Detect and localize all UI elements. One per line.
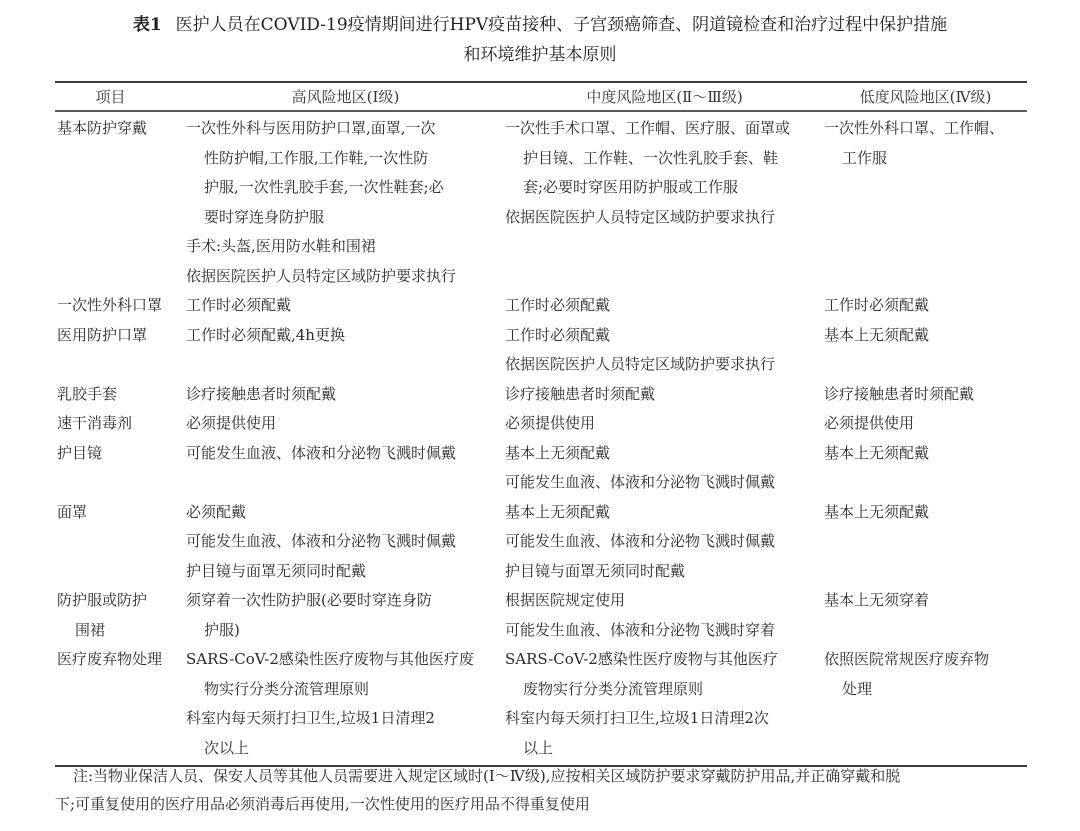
cell-line: 速干消毒剂 [57,409,186,439]
cell-line: 护目镜与面罩无须同时配戴 [186,557,505,587]
cell-line: 基本上无须配戴 [505,439,824,469]
cell-line: 工作时必须配戴,4h更换 [186,321,505,351]
cell-line: 防护服或防护 [57,586,186,616]
cell-line: 可能发生血液、体液和分泌物飞溅时佩戴 [505,468,824,498]
cell-line: 处理 [824,675,1027,705]
header-high-risk: 高风险地区(Ⅰ级) [186,86,505,107]
cell-line: 物实行分类分流管理原则 [186,675,505,705]
cell-line: 基本防护穿戴 [57,114,186,144]
cell-line: 须穿着一次性防护服(必要时穿连身防 [186,586,505,616]
cell-line: 护目镜、工作鞋、一次性乳胶手套、鞋 [505,144,824,174]
cell-line: 乳胶手套 [57,380,186,410]
table-row: 一次性外科口罩工作时必须配戴工作时必须配戴工作时必须配戴 [55,291,1027,321]
high-risk-cell: 诊疗接触患者时须配戴 [186,380,505,410]
cell-line: 必须提供使用 [505,409,824,439]
item-cell: 乳胶手套 [55,380,186,410]
cell-line: 一次性手术口罩、工作帽、医疗服、面罩或 [505,114,824,144]
high-risk-cell: 必须提供使用 [186,409,505,439]
cell-line: 护目镜 [57,439,186,469]
cell-line: 一次性外科与医用防护口罩,面罩,一次 [186,114,505,144]
cell-line: 手术:头盔,医用防水鞋和围裙 [186,232,505,262]
cell-line: 护服,一次性乳胶手套,一次性鞋套;必 [186,173,505,203]
low-risk-cell: 依照医院常规医疗废弃物处理 [824,645,1027,763]
cell-line: 套;必要时穿医用防护服或工作服 [505,173,824,203]
cell-line: 基本上无须配戴 [824,498,1027,528]
cell-line: 工作服 [824,144,1027,174]
cell-line: 工作时必须配戴 [186,291,505,321]
low-risk-cell: 诊疗接触患者时须配戴 [824,380,1027,410]
table-row: 基本防护穿戴一次性外科与医用防护口罩,面罩,一次性防护帽,工作服,工作鞋,一次性… [55,114,1027,291]
table-note: 注:当物业保洁人员、保安人员等其他人员需要进入规定区域时(Ⅰ～Ⅳ级),应按相关区… [55,762,1030,818]
cell-line: 依据医院医护人员特定区域防护要求执行 [186,262,505,292]
table-header-row: 项目 高风险地区(Ⅰ级) 中度风险地区(Ⅱ～Ⅲ级) 低度风险地区(Ⅳ级) [55,83,1027,112]
note-line-2: 下;可重复使用的医疗用品必须消毒后再使用,一次性使用的医疗用品不得重复使用 [55,795,590,813]
high-risk-cell: 工作时必须配戴,4h更换 [186,321,505,380]
cell-line: 工作时必须配戴 [505,291,824,321]
cell-line: 依据医院医护人员特定区域防护要求执行 [505,203,824,233]
item-cell: 防护服或防护围裙 [55,586,186,645]
low-risk-cell: 必须提供使用 [824,409,1027,439]
medium-risk-cell: 基本上无须配戴可能发生血液、体液和分泌物飞溅时佩戴 [505,439,824,498]
cell-line: 根据医院规定使用 [505,586,824,616]
cell-line: 诊疗接触患者时须配戴 [186,380,505,410]
cell-line: 基本上无须配戴 [824,439,1027,469]
high-risk-cell: 必须配戴可能发生血液、体液和分泌物飞溅时佩戴护目镜与面罩无须同时配戴 [186,498,505,587]
cell-line: 基本上无须穿着 [824,586,1027,616]
item-cell: 基本防护穿戴 [55,114,186,291]
high-risk-cell: SARS-CoV-2感染性医疗废物与其他医疗废物实行分类分流管理原则科室内每天须… [186,645,505,763]
medium-risk-cell: 基本上无须配戴可能发生血液、体液和分泌物飞溅时佩戴护目镜与面罩无须同时配戴 [505,498,824,587]
item-cell: 速干消毒剂 [55,409,186,439]
cell-line: 可能发生血液、体液和分泌物飞溅时佩戴 [186,527,505,557]
header-medium-risk: 中度风险地区(Ⅱ～Ⅲ级) [505,86,824,107]
medium-risk-cell: 诊疗接触患者时须配戴 [505,380,824,410]
table-row: 防护服或防护围裙须穿着一次性防护服(必要时穿连身防护服)根据医院规定使用可能发生… [55,586,1027,645]
cell-line: 废物实行分类分流管理原则 [505,675,824,705]
cell-line: 一次性外科口罩 [57,291,186,321]
cell-line: 科室内每天须打扫卫生,垃圾1日清理2 [186,704,505,734]
cell-line: 医疗废弃物处理 [57,645,186,675]
cell-line: 工作时必须配戴 [824,291,1027,321]
cell-line: 基本上无须配戴 [824,321,1027,351]
item-cell: 医疗废弃物处理 [55,645,186,763]
cell-line: 必须提供使用 [824,409,1027,439]
cell-line: 诊疗接触患者时须配戴 [505,380,824,410]
cell-line: 护服) [186,616,505,646]
item-cell: 面罩 [55,498,186,587]
cell-line: SARS-CoV-2感染性医疗废物与其他医疗废 [186,645,505,675]
caption-line-1: 表1医护人员在COVID-19疫情期间进行HPV疫苗接种、子宫颈癌筛查、阴道镜检… [0,10,1080,40]
high-risk-cell: 工作时必须配戴 [186,291,505,321]
medium-risk-cell: 必须提供使用 [505,409,824,439]
table-row: 护目镜可能发生血液、体液和分泌物飞溅时佩戴基本上无须配戴可能发生血液、体液和分泌… [55,439,1027,498]
table-row: 医疗废弃物处理SARS-CoV-2感染性医疗废物与其他医疗废物实行分类分流管理原… [55,645,1027,763]
note-line-1: 注:当物业保洁人员、保安人员等其他人员需要进入规定区域时(Ⅰ～Ⅳ级),应按相关区… [55,762,1030,790]
item-cell: 一次性外科口罩 [55,291,186,321]
high-risk-cell: 一次性外科与医用防护口罩,面罩,一次性防护帽,工作服,工作鞋,一次性防护服,一次… [186,114,505,291]
low-risk-cell: 基本上无须配戴 [824,439,1027,498]
medium-risk-cell: 一次性手术口罩、工作帽、医疗服、面罩或护目镜、工作鞋、一次性乳胶手套、鞋套;必要… [505,114,824,291]
cell-line: 必须提供使用 [186,409,505,439]
table-row: 面罩必须配戴可能发生血液、体液和分泌物飞溅时佩戴护目镜与面罩无须同时配戴基本上无… [55,498,1027,587]
cell-line: 一次性外科口罩、工作帽、 [824,114,1027,144]
cell-line: 工作时必须配戴 [505,321,824,351]
cell-line: 诊疗接触患者时须配戴 [824,380,1027,410]
cell-line: 性防护帽,工作服,工作鞋,一次性防 [186,144,505,174]
cell-line: 可能发生血液、体液和分泌物飞溅时佩戴 [186,439,505,469]
low-risk-cell: 基本上无须穿着 [824,586,1027,645]
table-label: 表1 [133,15,162,35]
medium-risk-cell: SARS-CoV-2感染性医疗废物与其他医疗废物实行分类分流管理原则科室内每天须… [505,645,824,763]
cell-line: 科室内每天须打扫卫生,垃圾1日清理2次 [505,704,824,734]
high-risk-cell: 可能发生血液、体液和分泌物飞溅时佩戴 [186,439,505,498]
cell-line: 要时穿连身防护服 [186,203,505,233]
cell-line: 医用防护口罩 [57,321,186,351]
cell-line: 基本上无须配戴 [505,498,824,528]
caption-title: 医护人员在COVID-19疫情期间进行HPV疫苗接种、子宫颈癌筛查、阴道镜检查和… [176,15,948,35]
cell-line: 可能发生血液、体液和分泌物飞溅时穿着 [505,616,824,646]
low-risk-cell: 一次性外科口罩、工作帽、工作服 [824,114,1027,291]
table-row: 医用防护口罩工作时必须配戴,4h更换工作时必须配戴依据医院医护人员特定区域防护要… [55,321,1027,380]
low-risk-cell: 工作时必须配戴 [824,291,1027,321]
cell-line: 面罩 [57,498,186,528]
header-item: 项目 [55,86,186,107]
cell-line: 依据医院医护人员特定区域防护要求执行 [505,350,824,380]
cell-line: 可能发生血液、体液和分泌物飞溅时佩戴 [505,527,824,557]
medium-risk-cell: 工作时必须配戴 [505,291,824,321]
cell-line: 次以上 [186,734,505,764]
table-row: 乳胶手套诊疗接触患者时须配戴诊疗接触患者时须配戴诊疗接触患者时须配戴 [55,380,1027,410]
table-caption: 表1医护人员在COVID-19疫情期间进行HPV疫苗接种、子宫颈癌筛查、阴道镜检… [0,10,1080,70]
high-risk-cell: 须穿着一次性防护服(必要时穿连身防护服) [186,586,505,645]
item-cell: 护目镜 [55,439,186,498]
table-body: 基本防护穿戴一次性外科与医用防护口罩,面罩,一次性防护帽,工作服,工作鞋,一次性… [55,112,1027,763]
protection-table: 项目 高风险地区(Ⅰ级) 中度风险地区(Ⅱ～Ⅲ级) 低度风险地区(Ⅳ级) 基本防… [55,81,1027,767]
cell-line: 护目镜与面罩无须同时配戴 [505,557,824,587]
table-row: 速干消毒剂必须提供使用必须提供使用必须提供使用 [55,409,1027,439]
cell-line: SARS-CoV-2感染性医疗废物与其他医疗 [505,645,824,675]
cell-line: 以上 [505,734,824,764]
item-cell: 医用防护口罩 [55,321,186,380]
cell-line: 必须配戴 [186,498,505,528]
low-risk-cell: 基本上无须配戴 [824,321,1027,380]
low-risk-cell: 基本上无须配戴 [824,498,1027,587]
header-low-risk: 低度风险地区(Ⅳ级) [824,86,1027,107]
caption-line-2: 和环境维护基本原则 [0,40,1080,70]
cell-line: 依照医院常规医疗废弃物 [824,645,1027,675]
medium-risk-cell: 工作时必须配戴依据医院医护人员特定区域防护要求执行 [505,321,824,380]
medium-risk-cell: 根据医院规定使用可能发生血液、体液和分泌物飞溅时穿着 [505,586,824,645]
cell-line: 围裙 [57,616,186,646]
